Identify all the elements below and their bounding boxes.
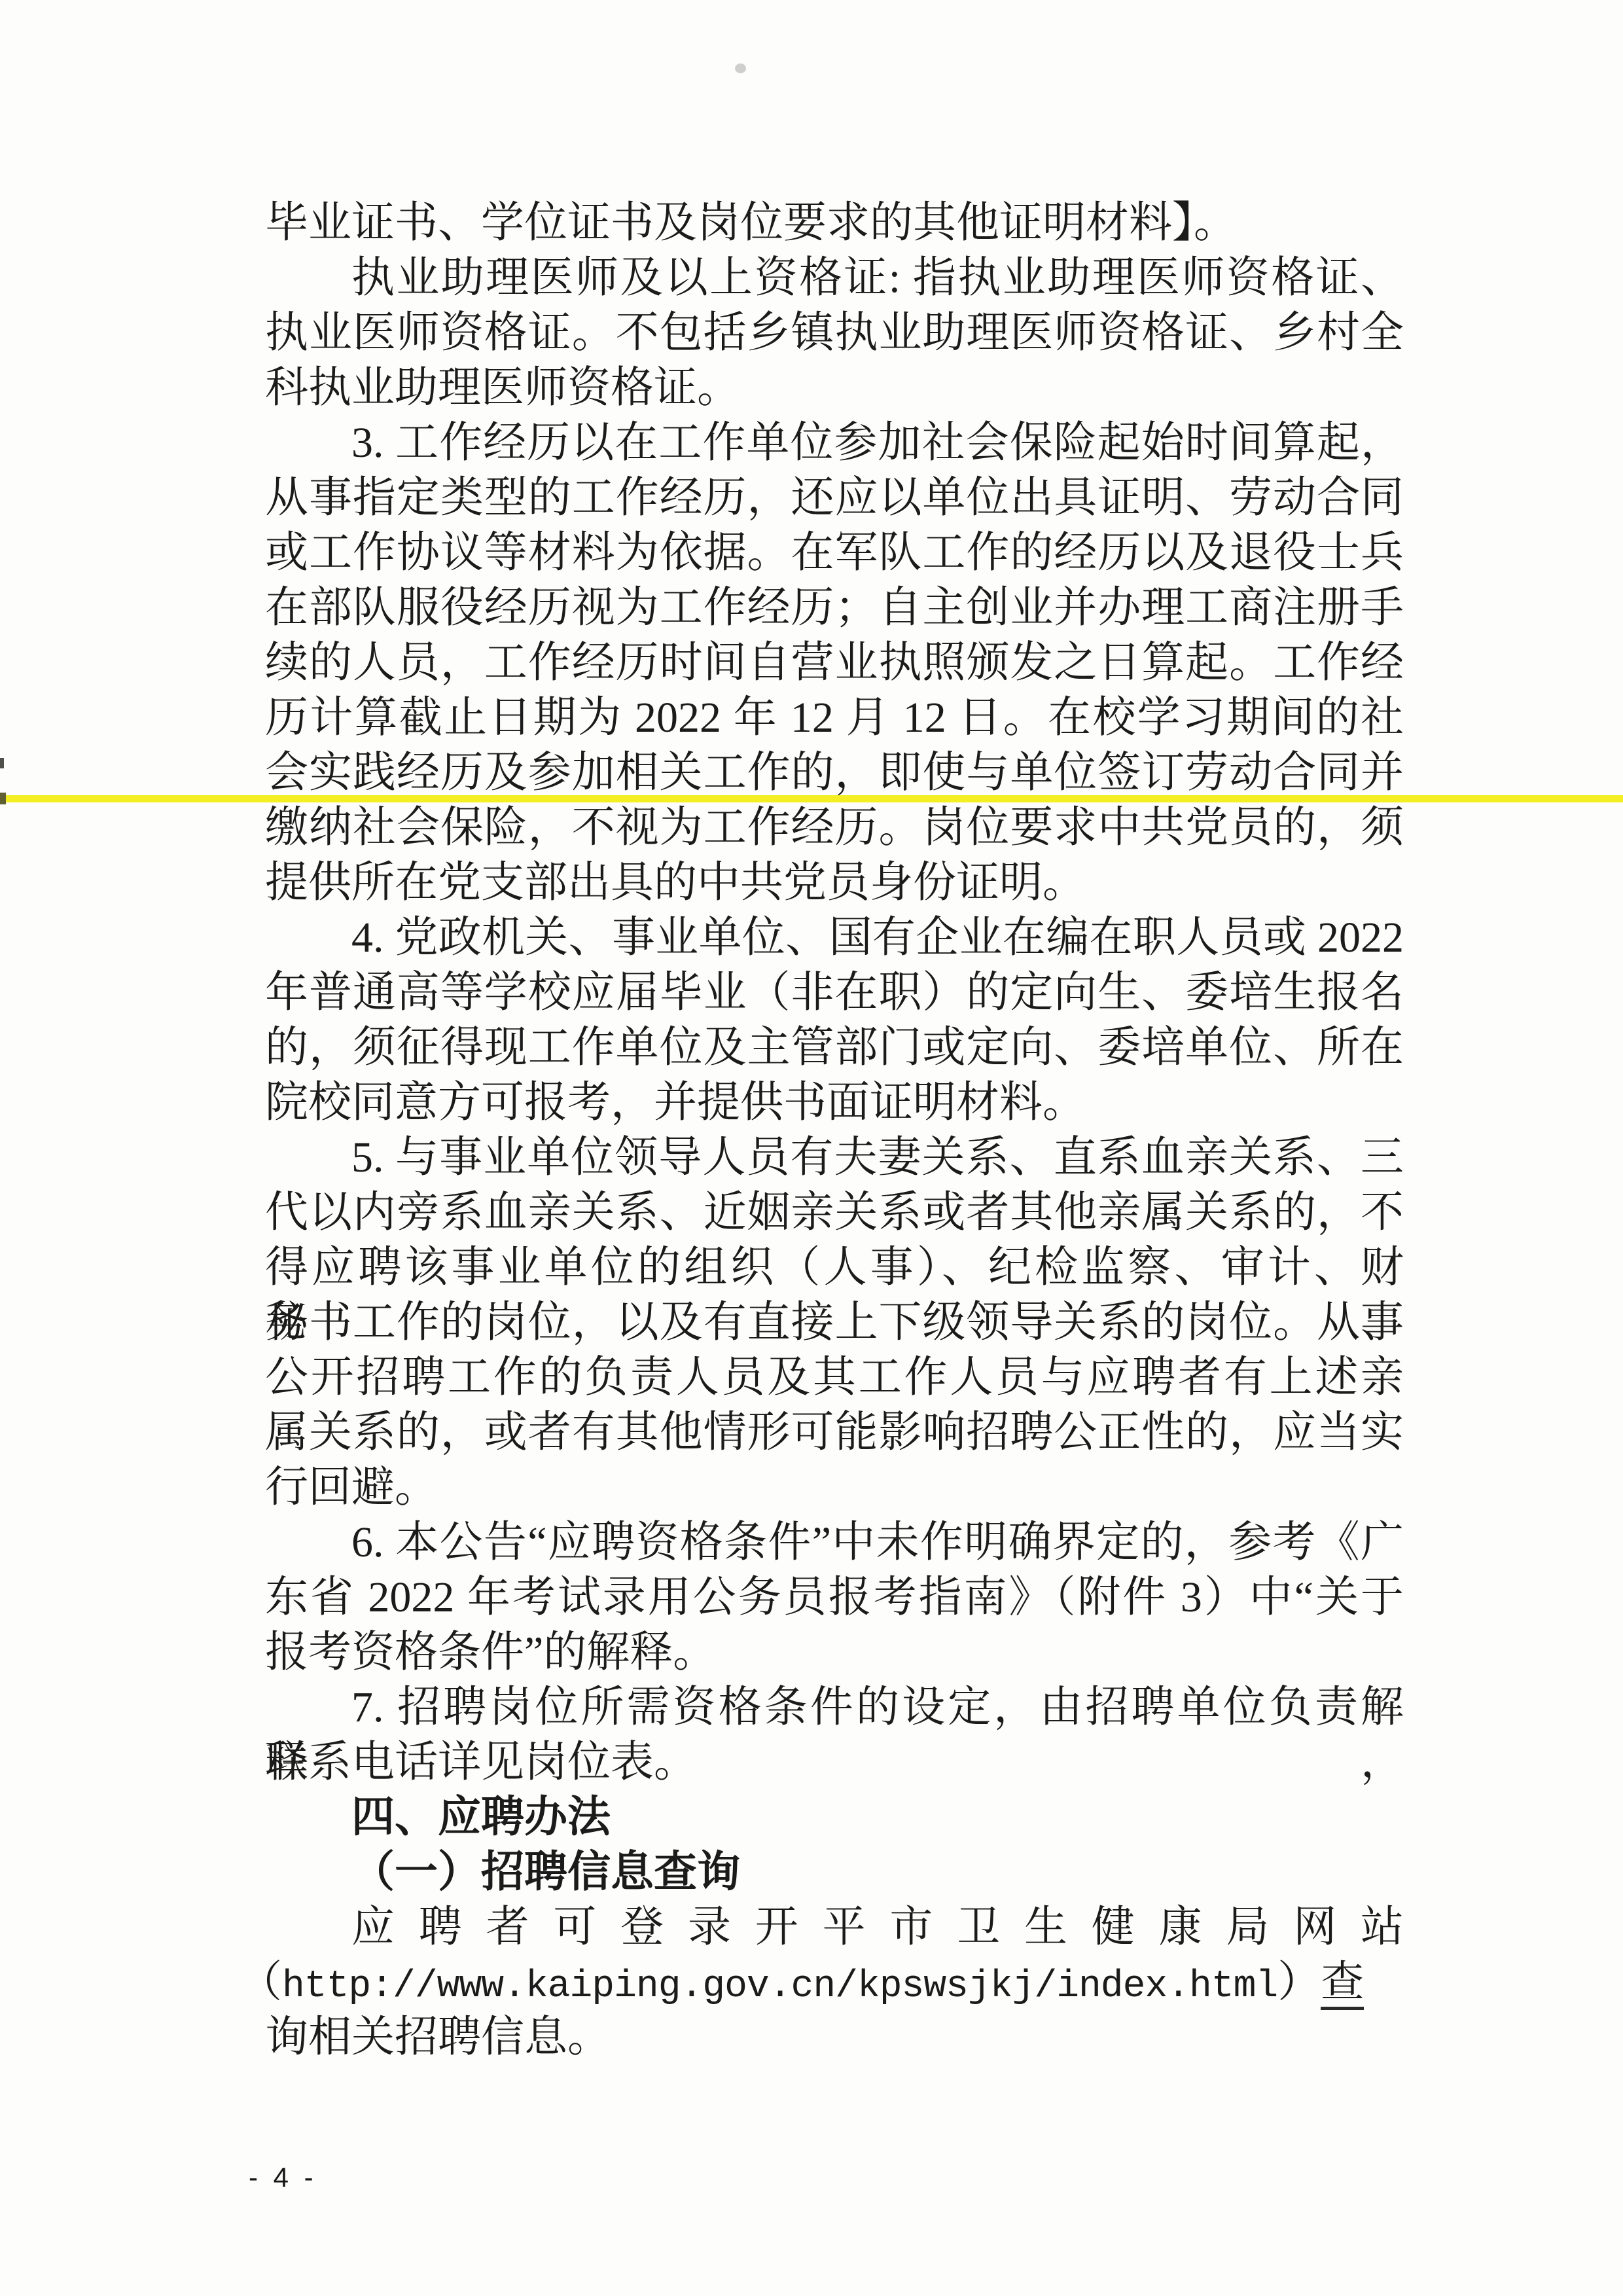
text-line: 秘书工作的岗位，以及有直接上下级领导关系的岗位。从事 — [265, 1295, 1404, 1350]
text-line-item-3: 3. 工作经历以在工作单位参加社会保险起始时间算起， — [265, 416, 1404, 471]
text-line: 行回避。 — [265, 1460, 1404, 1515]
text-line: 会实践经历及参加相关工作的，即使与单位签订劳动合同并 — [265, 745, 1404, 800]
text-line: 属关系的，或者有其他情形可能影响招聘公正性的，应当实 — [265, 1405, 1404, 1460]
text-line: 公开招聘工作的负责人员及其工作人员与应聘者有上述亲 — [265, 1350, 1404, 1405]
text-line: 历计算截止日期为 2022 年 12 月 12 日。在校学习期间的社 — [265, 691, 1404, 745]
text-line: 从事指定类型的工作经历，还应以单位出具证明、劳动合同 — [265, 471, 1404, 526]
text-line: 得应聘该事业单位的组织（人事）、纪检监察、审计、财务、 — [265, 1240, 1404, 1295]
text-line: 执业医师资格证。不包括乡镇执业助理医师资格证、乡村全 — [265, 306, 1404, 361]
text-line: 缴纳社会保险，不视为工作经历。岗位要求中共党员的，须 — [265, 800, 1404, 855]
scan-artifact-dot — [735, 63, 746, 73]
text-line: 科执业助理医师资格证。 — [265, 361, 1404, 416]
text-line: 院校同意方可报考，并提供书面证明材料。 — [265, 1075, 1404, 1130]
paren-open: （ — [239, 1958, 282, 2006]
text-line: 报考资格条件”的解释。 — [265, 1625, 1404, 1680]
text-line: 东省 2022 年考试录用公务员报考指南》（附件 3）中“关于 — [265, 1570, 1404, 1625]
text-line: 代以内旁系血亲关系、近姻亲关系或者其他亲属关系的，不 — [265, 1185, 1404, 1240]
text-line: 的，须征得现工作单位及主管部门或定向、委培单位、所在 — [265, 1020, 1404, 1075]
scan-artifact-mark — [0, 758, 4, 768]
text-line-url: （http://www.kaiping.gov.cn/kpswsjkj/inde… — [239, 1955, 1430, 2010]
text-line: 或工作协议等材料为依据。在军队工作的经历以及退役士兵 — [265, 526, 1404, 581]
text-line: 在部队服役经历视为工作经历；自主创业并办理工商注册手 — [265, 581, 1404, 636]
text-line-item-7: 7. 招聘岗位所需资格条件的设定，由招聘单位负责解释， — [265, 1680, 1404, 1735]
subsection-heading-1: （一）招聘信息查询 — [265, 1845, 1404, 1900]
text-line: 执业助理医师及以上资格证: 指执业助理医师资格证、 — [265, 251, 1404, 306]
text-line: 毕业证书、学位证书及岗位要求的其他证明材料】。 — [265, 196, 1404, 251]
text-line: 提供所在党支部出具的中共党员身份证明。 — [265, 855, 1404, 910]
website-url: http://www.kaiping.gov.cn/kpswsjkj/index… — [282, 1965, 1277, 2008]
page-number: - 4 - — [249, 2162, 317, 2193]
text-line-item-6: 6. 本公告“应聘资格条件”中未作明确界定的，参考《广 — [265, 1515, 1404, 1570]
underlined-character: 查 — [1321, 1958, 1364, 2010]
text-line: 应聘者可登录开平市卫生健康局网站 — [265, 1900, 1404, 1955]
section-heading-4: 四、应聘办法 — [265, 1790, 1404, 1845]
document-text-block: 毕业证书、学位证书及岗位要求的其他证明材料】。 执业助理医师及以上资格证: 指执… — [265, 196, 1404, 2065]
highlighter-left-tip-mark — [0, 793, 6, 804]
text-line: 年普通高等学校应届毕业（非在职）的定向生、委培生报名 — [265, 965, 1404, 1020]
paren-close: ） — [1277, 1958, 1321, 2006]
text-line-item-5: 5. 与事业单位领导人员有夫妻关系、直系血亲关系、三 — [265, 1130, 1404, 1185]
text-line-item-4: 4. 党政机关、事业单位、国有企业在编在职人员或 2022 — [265, 910, 1404, 965]
scanned-document-page: 毕业证书、学位证书及岗位要求的其他证明材料】。 执业助理医师及以上资格证: 指执… — [0, 0, 1623, 2296]
text-line: 询相关招聘信息。 — [265, 2010, 1404, 2065]
text-line: 续的人员，工作经历时间自营业执照颁发之日算起。工作经 — [265, 636, 1404, 691]
